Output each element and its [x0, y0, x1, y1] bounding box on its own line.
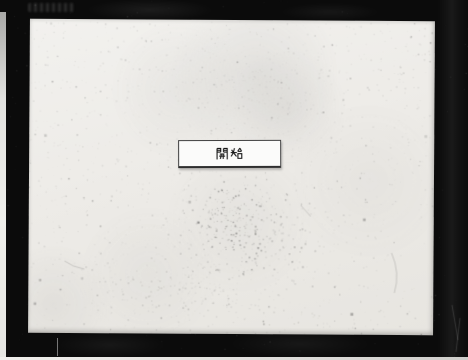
- kanji-kai-glyph: [215, 146, 229, 160]
- frame-number-smudge: [28, 3, 74, 12]
- film-edge-strip-left: [0, 12, 6, 360]
- kanji-shi-glyph: [230, 146, 244, 160]
- film-scratch-line: [57, 338, 58, 356]
- scanned-document-frame: 開始: [0, 0, 468, 360]
- page-noise-texture: [28, 19, 435, 335]
- document-page: 開始: [28, 19, 435, 335]
- flowchart-start-node: 開始: [178, 140, 281, 168]
